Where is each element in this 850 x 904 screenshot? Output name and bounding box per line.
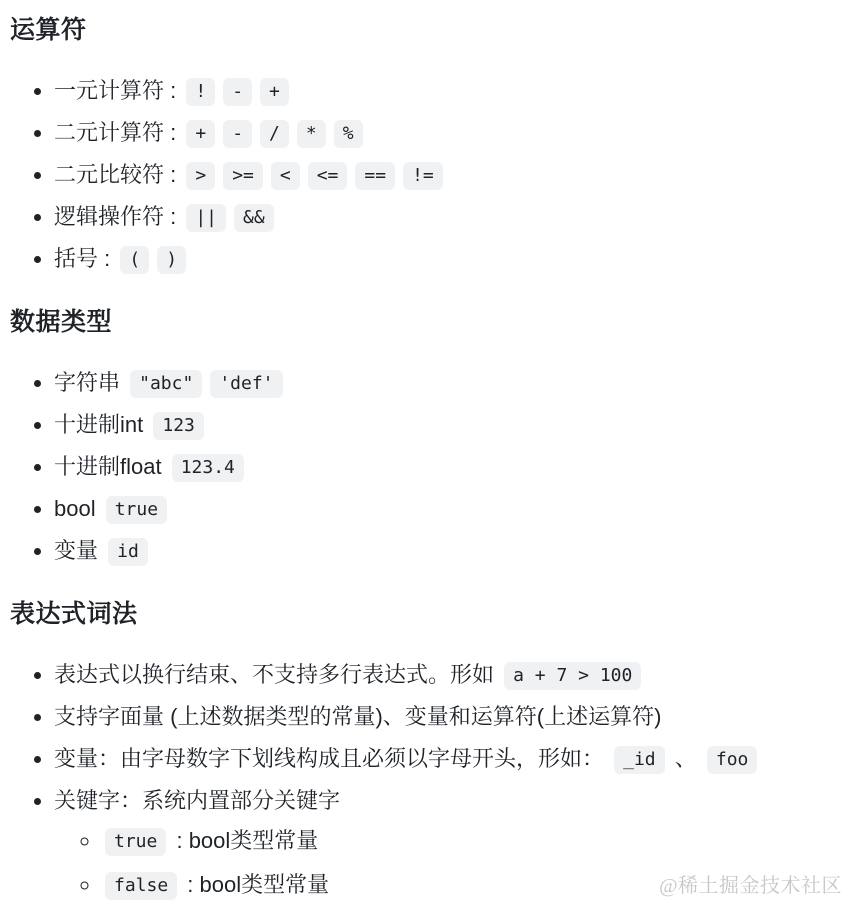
list-item: 十进制float 123.4	[54, 452, 840, 482]
list-item: 十进制int 123	[54, 410, 840, 440]
bullet-list: 一元计算符 : !-+二元计算符 : +-/*%二元比较符 : >>=<<===…	[10, 76, 840, 274]
list-item: 表达式以换行结束、不支持多行表达式。形如 a + 7 > 100	[54, 660, 840, 690]
list-item: 二元计算符 : +-/*%	[54, 118, 840, 148]
section-heading: 表达式词法	[10, 600, 840, 628]
text-run: 十进制float	[54, 454, 168, 479]
bullet-list: 字符串 "abc"'def'十进制int 123十进制float 123.4bo…	[10, 368, 840, 566]
list-item: 括号 : ()	[54, 244, 840, 274]
inline-code: >=	[223, 162, 263, 190]
list-item: 字符串 "abc"'def'	[54, 368, 840, 398]
inline-code: -	[223, 120, 252, 148]
text-run: bool	[54, 496, 102, 521]
inline-code: +	[186, 120, 215, 148]
inline-code: !	[186, 78, 215, 106]
list-item: bool true	[54, 494, 840, 524]
text-run: 一元计算符 :	[54, 78, 182, 103]
inline-code: +	[260, 78, 289, 106]
inline-code: &&	[234, 204, 274, 232]
list-item: 一元计算符 : !-+	[54, 76, 840, 106]
text-run: 十进制int	[54, 412, 149, 437]
text-run: 、	[669, 746, 703, 771]
inline-code: <=	[308, 162, 348, 190]
list-item: 逻辑操作符 : ||&&	[54, 202, 840, 232]
text-run: 变量	[54, 538, 104, 563]
inline-code: %	[334, 120, 363, 148]
sub-list-item: true : bool类型常量	[101, 826, 840, 856]
inline-code: ||	[186, 204, 226, 232]
section-heading: 数据类型	[10, 308, 840, 336]
inline-code: )	[157, 246, 186, 274]
inline-code: <	[271, 162, 300, 190]
text-run: 表达式以换行结束、不支持多行表达式。形如	[54, 662, 500, 687]
watermark: @稀土掘金技术社区	[659, 869, 842, 898]
inline-code: -	[223, 78, 252, 106]
inline-code: /	[260, 120, 289, 148]
text-run: 二元计算符 :	[54, 120, 182, 145]
inline-code: true	[105, 828, 166, 856]
list-item: 二元比较符 : >>=<<===!=	[54, 160, 840, 190]
inline-code: "abc"	[130, 370, 202, 398]
inline-code: ==	[355, 162, 395, 190]
inline-code: 123	[153, 412, 204, 440]
list-item: 支持字面量 (上述数据类型的常量)、变量和运算符(上述运算符)	[54, 702, 840, 732]
text-run: : bool类型常量	[170, 828, 318, 853]
inline-code: true	[106, 496, 167, 524]
inline-code: a + 7 > 100	[504, 662, 641, 690]
article: 运算符一元计算符 : !-+二元计算符 : +-/*%二元比较符 : >>=<<…	[0, 0, 850, 900]
text-run: 括号 :	[54, 246, 116, 271]
list-item: 变量 id	[54, 536, 840, 566]
text-run: 关键字：系统内置部分关键字	[54, 788, 340, 813]
text-run: 二元比较符 :	[54, 162, 182, 187]
inline-code: (	[120, 246, 149, 274]
section-heading: 运算符	[10, 16, 840, 44]
inline-code: >	[186, 162, 215, 190]
inline-code: !=	[403, 162, 443, 190]
text-run: 支持字面量 (上述数据类型的常量)、变量和运算符(上述运算符)	[54, 704, 661, 729]
inline-code: _id	[614, 746, 665, 774]
text-run: 字符串	[54, 370, 126, 395]
inline-code: 'def'	[210, 370, 282, 398]
inline-code: false	[105, 872, 177, 900]
text-run: 变量：由字母数字下划线构成且必须以字母开头，形如：	[54, 746, 610, 771]
text-run: 逻辑操作符 :	[54, 204, 182, 229]
inline-code: 123.4	[172, 454, 244, 482]
bullet-list: 表达式以换行结束、不支持多行表达式。形如 a + 7 > 100支持字面量 (上…	[10, 660, 840, 900]
inline-code: *	[297, 120, 326, 148]
list-item: 变量：由字母数字下划线构成且必须以字母开头，形如： _id 、 foo	[54, 744, 840, 774]
text-run: : bool类型常量	[181, 872, 329, 897]
inline-code: id	[108, 538, 148, 566]
inline-code: foo	[707, 746, 758, 774]
